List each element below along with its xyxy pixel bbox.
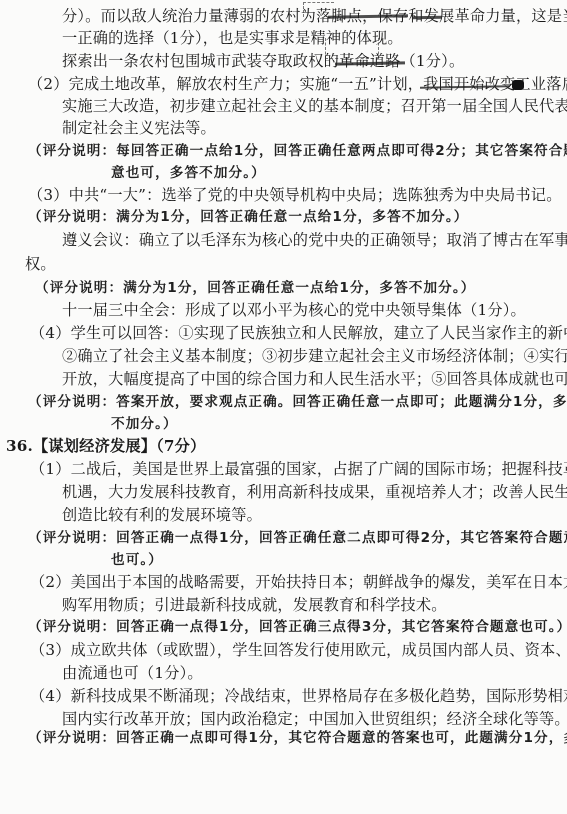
scanned-answer-key-page: 分）。而以敌人统治力量薄弱的农村为落脚点，保存和发展革命力量，这是当时唯 一正确… <box>0 0 567 814</box>
answer-text-line: 实施三大改造，初步建立起社会主义的基本制度；召开第一届全国人民代表大会， <box>62 96 567 116</box>
answer-text-line: 遵义会议：确立了以毛泽东为核心的党中央的正确领导；取消了博古在军事上的指挥 <box>62 230 567 250</box>
answer-text-line: 开放，大幅度提高了中国的综合国力和人民生活水平；⑤回答具体成就也可。 <box>62 369 567 389</box>
scoring-note: （评分说明：答案开放，要求观点正确。回答正确任意一点即可；此题满分1分，多答 <box>28 392 567 412</box>
answer-item-1: （1）二战后，美国是世界上最富强的国家，占据了广阔的国际市场；把握科技革命的 <box>30 459 567 479</box>
question-36-heading: 36.【谋划经济发展】（7分） <box>6 436 205 456</box>
answer-text-line: 制定社会主义宪法等。 <box>62 118 216 138</box>
answer-text-line: 国内实行改革开放；国内政治稳定；中国加入世贸组织；经济全球化等等。 <box>62 709 567 729</box>
scoring-note: （评分说明：满分为1分，回答正确任意一点给1分，多答不加分。） <box>28 207 468 227</box>
ink-blot <box>512 80 524 90</box>
answer-item-3: （3）成立欧共体（或欧盟），学生回答发行使用欧元，成员国内部人员、资本、货物自 <box>30 640 567 660</box>
answer-text-line: 十一届三中全会：形成了以邓小平为核心的党中央领导集体（1分）。 <box>62 300 526 320</box>
answer-item-4: （4）学生可以回答：①实现了民族独立和人民解放，建立了人民当家作主的新中国； <box>30 323 567 343</box>
answer-item-2: （2）完成土地改革，解放农村生产力；实施“一五”计划，我国开始改变工业落后的面貌… <box>28 74 567 94</box>
answer-text-line: 权。 <box>25 254 56 274</box>
scoring-note-continued: 不加分。） <box>111 414 178 434</box>
answer-text-line: 创造比较有利的发展环境等。 <box>62 505 262 525</box>
scoring-note-continued: 意也可，多答不加分。） <box>111 163 266 183</box>
answer-item-3: （3）中共“一大”：选举了党的中央领导机构中央局；选陈独秀为中央局书记。 <box>28 185 562 205</box>
answer-text-line: 由流通也可（1分）。 <box>62 663 203 683</box>
scoring-note: （评分说明：回答正确一点得1分，回答正确任意二点即可得2分，其它答案符合题意 <box>28 528 567 548</box>
scoring-note: （评分说明：每回答正确一点给1分，回答正确任意两点即可得2分；其它答案符合题 <box>28 141 567 161</box>
answer-item-4: （4）新科技成果不断涌现；冷战结束，世界格局存在多极化趋势，国际形势相对稳定； <box>30 686 567 706</box>
scoring-note-continued: 也可。） <box>111 550 163 570</box>
answer-text-line: 购军用物质；引进最新科技成就，发展教育和科学技术。 <box>62 595 447 615</box>
scribble-strikethrough <box>412 16 442 20</box>
answer-text-line: ②确立了社会主义基本制度；③初步建立起社会主义市场经济体制；④实行改革 <box>62 346 567 366</box>
handwritten-mark <box>325 38 379 59</box>
scoring-note: （评分说明：回答正确一点得1分，回答正确三点得3分，其它答案符合题意也可。） <box>28 617 567 637</box>
scoring-note: （评分说明：满分为1分，回答正确任意一点给1分，多答不加分。） <box>35 278 475 298</box>
answer-text-line: 机遇，大力发展科技教育，利用高新科技成果，重视培养人才；改善人民生活， <box>62 482 567 502</box>
answer-item-2: （2）美国出于本国的战略需要，开始扶持日本；朝鲜战争的爆发，美军在日本大量采 <box>30 572 567 592</box>
